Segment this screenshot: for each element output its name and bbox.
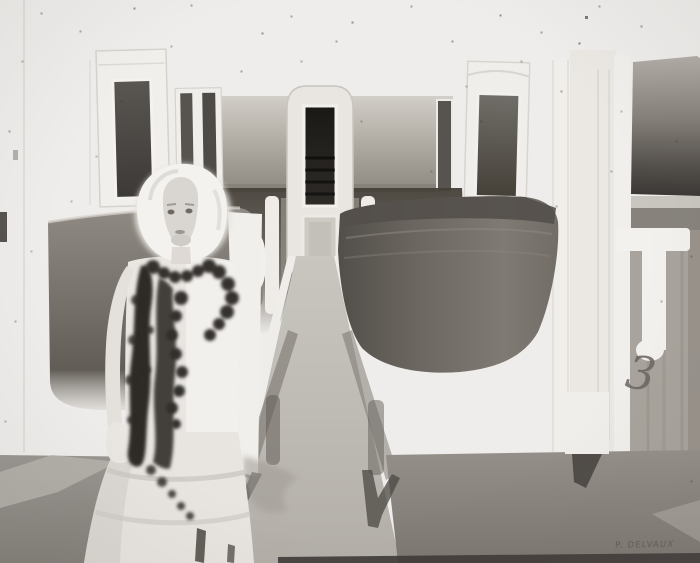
bench-leg	[565, 392, 609, 454]
negative-photograph-artwork: 3 P. DELVAUX	[0, 0, 700, 563]
window-pane	[475, 93, 520, 197]
door-louvered-window	[304, 106, 336, 206]
corner-window-sliver	[437, 100, 452, 192]
wall-dark-mark	[0, 212, 7, 242]
window-pane	[202, 93, 217, 181]
film-grain-speckles	[0, 0, 1, 1]
door-window-pane	[631, 56, 700, 196]
door-frame-gap	[614, 55, 630, 470]
right-compartment-door	[614, 55, 700, 470]
eye	[186, 209, 193, 214]
boa-drape	[153, 278, 176, 469]
right-window	[464, 61, 530, 203]
scene-painting	[0, 0, 700, 563]
skirt-dark-fold	[227, 544, 235, 563]
artist-signature: P. DELVAUX	[614, 539, 695, 552]
eye	[168, 210, 175, 215]
